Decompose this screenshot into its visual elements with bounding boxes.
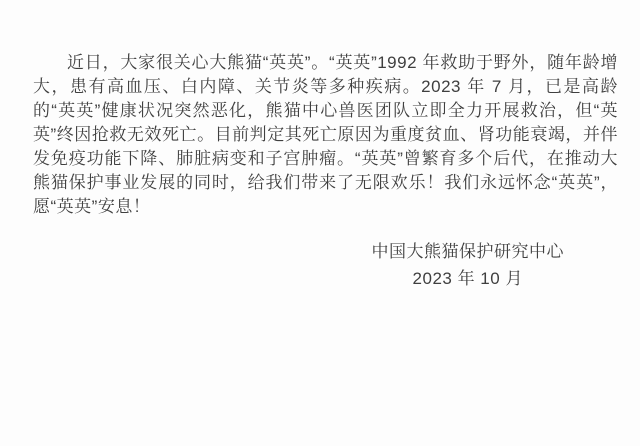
signature-block: 中国大熊猫保护研究中心 2023 年 10 月: [0, 238, 640, 292]
announcement-body-paragraph: 近日，大家很关心大熊猫“英英”。“英英”1992 年救助于野外，随年龄增大，患有…: [33, 51, 618, 219]
signature-inner: 中国大熊猫保护研究中心 2023 年 10 月: [372, 238, 565, 292]
signature-organization: 中国大熊猫保护研究中心: [372, 238, 565, 265]
signature-date: 2023 年 10 月: [372, 265, 565, 292]
announcement-page: 近日，大家很关心大熊猫“英英”。“英英”1992 年救助于野外，随年龄增大，患有…: [0, 0, 640, 446]
